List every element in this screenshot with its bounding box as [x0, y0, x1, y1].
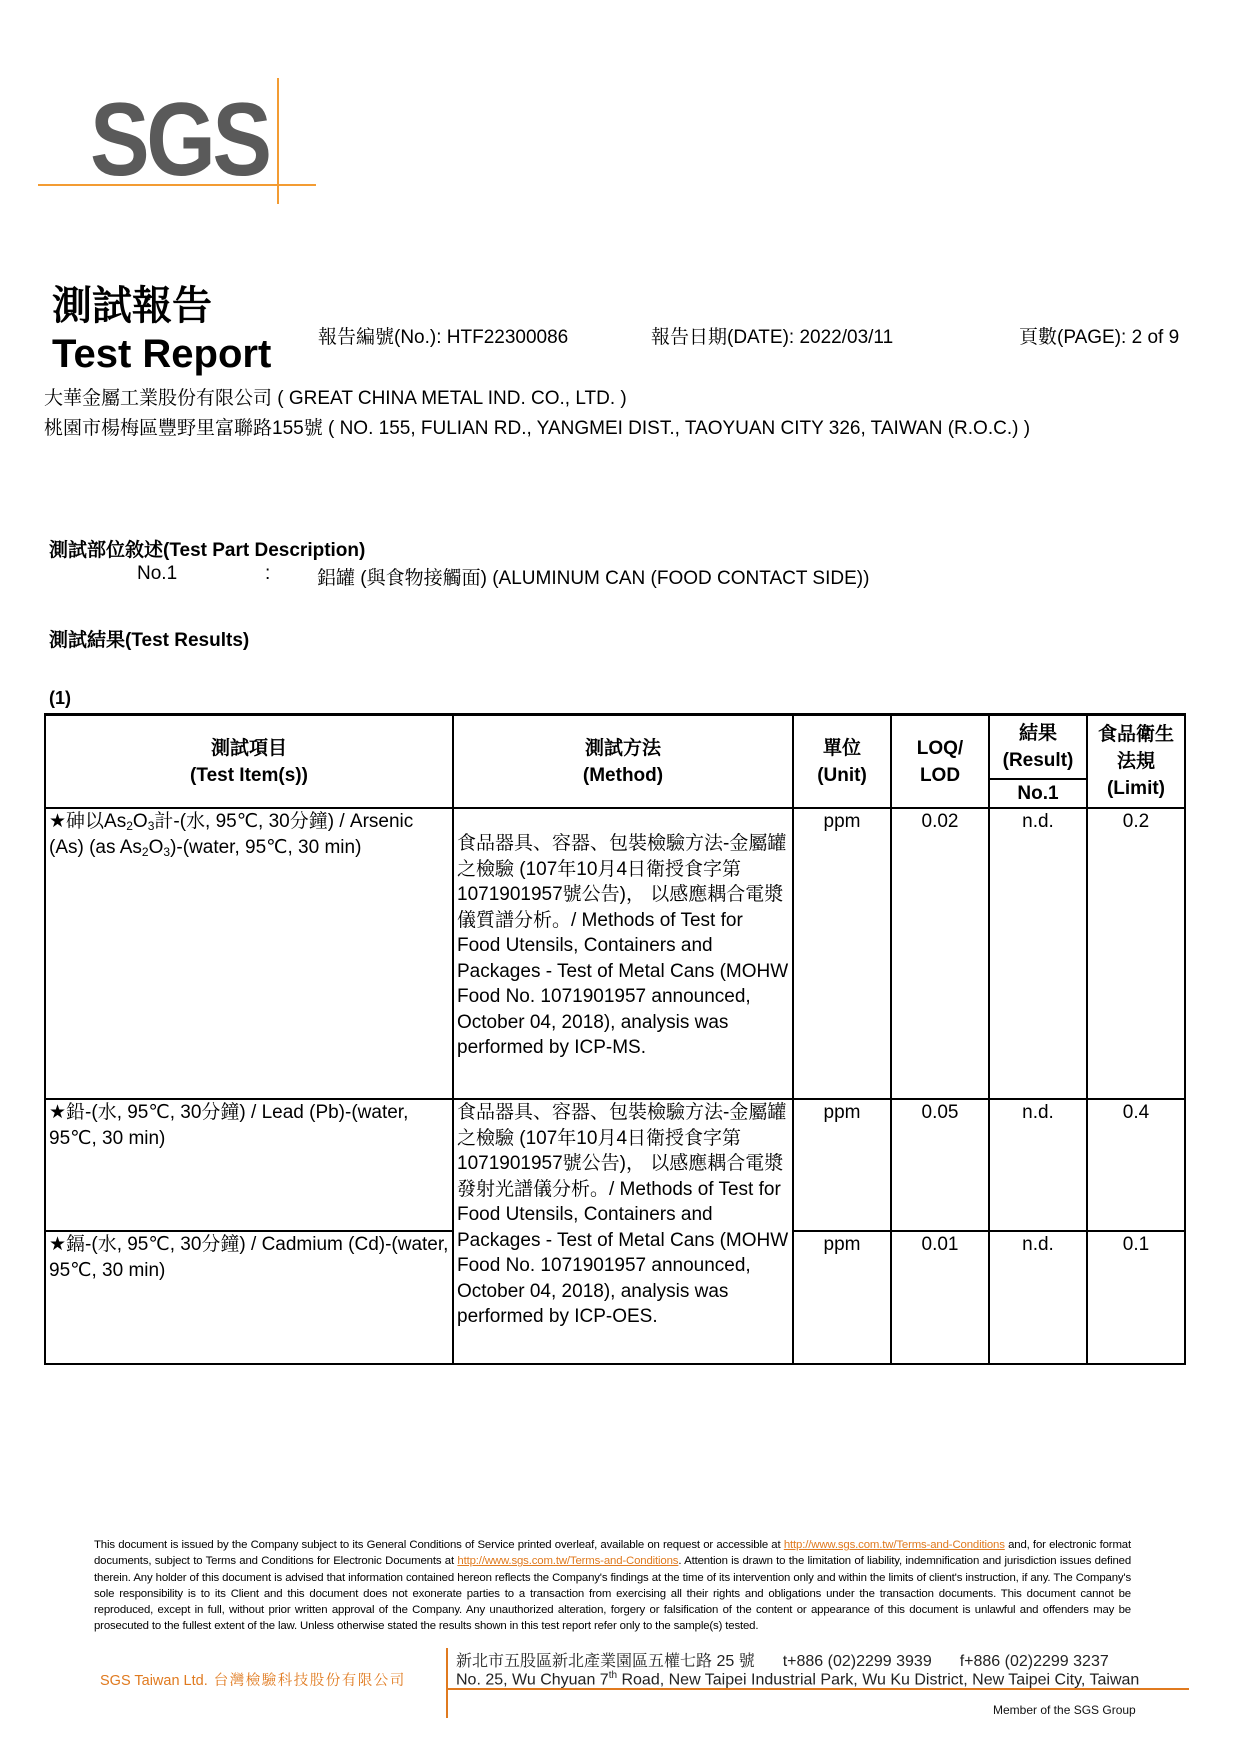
footer-fax: f+886 (02)2299 3237 — [960, 1653, 1109, 1670]
header-lod: LOD — [920, 765, 960, 786]
footer-company-en: SGS Taiwan Ltd. — [100, 1673, 208, 1689]
header-loq: LOQ/ — [917, 738, 963, 759]
row-lead-item: ★鉛-(水, 95℃, 30分鐘) / Lead (Pb)-(water, 95… — [45, 1099, 453, 1231]
header-unit-en: (Unit) — [817, 765, 867, 786]
row-arsenic-item: ★砷以As2O3計-(水, 95℃, 30分鐘) / Arsenic (As) … — [45, 808, 453, 1099]
row-lead-cadmium-method: 食品器具、容器、包裝檢驗方法-金屬罐之檢驗 (107年10月4日衛授食字第107… — [453, 1099, 793, 1364]
row-cadmium-unit: ppm — [793, 1231, 891, 1364]
company-address: 桃園市楊梅區豐野里富聯路155號 ( NO. 155, FULIAN RD., … — [44, 413, 1030, 440]
row-arsenic-result: n.d. — [989, 808, 1087, 1099]
footer-divider-vertical — [446, 1648, 448, 1718]
row-cadmium-loq: 0.01 — [891, 1231, 989, 1364]
test-results-heading: 測試結果(Test Results) — [49, 625, 249, 652]
footer-address-en: No. 25, Wu Chyuan 7th Road, New Taipei I… — [456, 1670, 1139, 1689]
row-arsenic-unit: ppm — [793, 808, 891, 1099]
report-title-en: Test Report — [52, 332, 271, 376]
row-cadmium-result: n.d. — [989, 1231, 1087, 1364]
terms-link-2[interactable]: http://www.sgs.com.tw/Terms-and-Conditio… — [457, 1555, 678, 1567]
row-lead-limit: 0.4 — [1087, 1099, 1185, 1231]
header-method-zh: 測試方法 — [585, 738, 661, 759]
results-table: 測試項目 (Test Item(s)) 測試方法 (Method) 單位 (Un… — [44, 713, 1186, 1365]
header-method-en: (Method) — [583, 765, 663, 786]
test-part-colon: : — [265, 563, 270, 585]
test-part-heading: 測試部位敘述(Test Part Description) — [49, 535, 365, 562]
report-number: 報告編號(No.): HTF22300086 — [318, 322, 568, 349]
header-test-item-zh: 測試項目 — [211, 738, 287, 759]
test-part-description: 鋁罐 (與食物接觸面) (ALUMINUM CAN (FOOD CONTACT … — [317, 563, 869, 590]
member-of-sgs-group: Member of the SGS Group — [993, 1703, 1136, 1717]
report-date: 報告日期(DATE): 2022/03/11 — [651, 322, 893, 349]
header-limit-zh-2: 法規 — [1117, 751, 1155, 772]
header-unit: 單位 (Unit) — [793, 715, 891, 809]
header-result: 結果 (Result) — [989, 715, 1087, 780]
footer-address-zh-text: 新北市五股區新北產業園區五權七路 25 號 — [456, 1653, 755, 1670]
header-limit-zh-1: 食品衛生 — [1098, 724, 1174, 745]
row-cadmium-limit: 0.1 — [1087, 1231, 1185, 1364]
header-loq-lod: LOQ/ LOD — [891, 715, 989, 809]
company-name: 大華金屬工業股份有限公司 ( GREAT CHINA METAL IND. CO… — [44, 383, 627, 410]
terms-link-1[interactable]: http://www.sgs.com.tw/Terms-and-Conditio… — [784, 1539, 1005, 1551]
row-arsenic-loq: 0.02 — [891, 808, 989, 1099]
logo-horizontal-line — [38, 184, 316, 186]
header-result-sample: No.1 — [989, 779, 1087, 808]
footer-address-zh: 新北市五股區新北產業園區五權七路 25 號t+886 (02)2299 3939… — [456, 1648, 1109, 1671]
header-limit-en: (Limit) — [1107, 778, 1165, 799]
page-number: 頁數(PAGE): 2 of 9 — [1019, 322, 1179, 349]
footer-telephone: t+886 (02)2299 3939 — [783, 1653, 932, 1670]
header-test-item-en: (Test Item(s)) — [190, 765, 308, 786]
row-lead-loq: 0.05 — [891, 1099, 989, 1231]
footer-company: SGS Taiwan Ltd.台灣檢驗科技股份有限公司 — [100, 1669, 406, 1690]
test-part-number: No.1 — [137, 563, 177, 585]
sgs-logo: SGS — [38, 78, 318, 198]
table-row: ★砷以As2O3計-(水, 95℃, 30分鐘) / Arsenic (As) … — [45, 808, 1185, 1099]
footer-company-zh: 台灣檢驗科技股份有限公司 — [214, 1673, 406, 1689]
header-method: 測試方法 (Method) — [453, 715, 793, 809]
logo-vertical-line — [277, 78, 279, 204]
row-arsenic-limit: 0.2 — [1087, 808, 1185, 1099]
row-lead-unit: ppm — [793, 1099, 891, 1231]
header-limit: 食品衛生 法規 (Limit) — [1087, 715, 1185, 809]
sgs-logo-text: SGS — [90, 88, 269, 192]
header-result-zh: 結果 — [1019, 723, 1057, 744]
report-title-zh: 測試報告 — [52, 284, 212, 328]
row-lead-result: n.d. — [989, 1099, 1087, 1231]
table-label: (1) — [49, 688, 71, 709]
row-cadmium-item: ★鎘-(水, 95℃, 30分鐘) / Cadmium (Cd)-(water,… — [45, 1231, 453, 1364]
table-row: ★鉛-(水, 95℃, 30分鐘) / Lead (Pb)-(water, 95… — [45, 1099, 1185, 1231]
header-test-item: 測試項目 (Test Item(s)) — [45, 715, 453, 809]
row-arsenic-method: 食品器具、容器、包裝檢驗方法-金屬罐之檢驗 (107年10月4日衛授食字第107… — [453, 808, 793, 1099]
header-result-en: (Result) — [1003, 750, 1074, 771]
legal-disclaimer: This document is issued by the Company s… — [94, 1537, 1131, 1635]
header-unit-zh: 單位 — [823, 738, 861, 759]
